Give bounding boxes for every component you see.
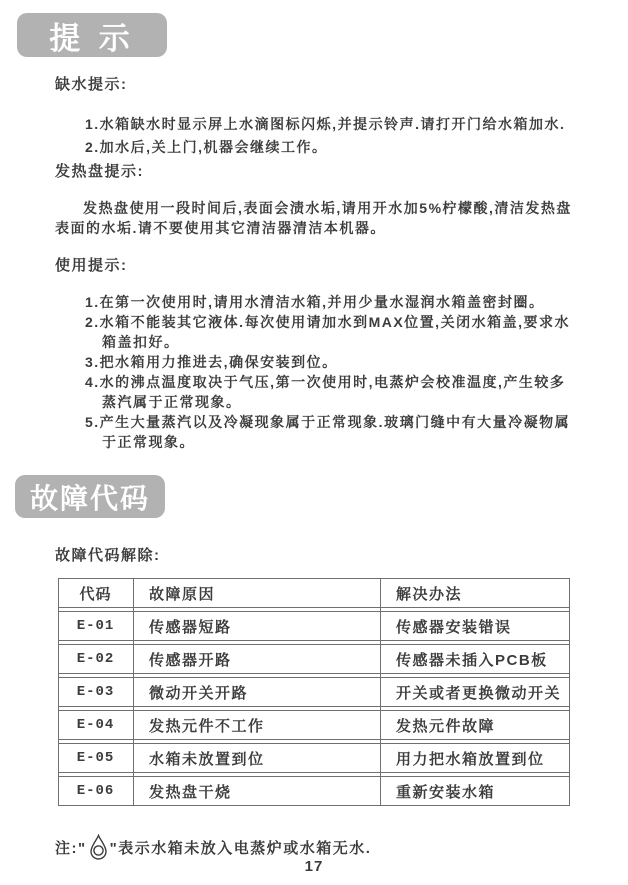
table-row: E-02 传感器开路 传感器未插入PCB板 [58,644,570,674]
fault-cause: 传感器短路 [133,616,380,637]
fault-cause: 传感器开路 [133,649,380,670]
list-item: 3.把水箱用力推进去,确保安装到位。 [85,352,579,372]
table-row: E-05 水箱未放置到位 用力把水箱放置到位 [58,743,570,773]
fault-cause: 微动开关开路 [133,682,380,703]
section-header-tips: 提 示 [17,13,167,57]
water-shortage-list: 1.水箱缺水时显示屏上水滴图标闪烁,并提示铃声.请打开门给水箱加水. 2.加水后… [85,113,585,159]
usage-list: 1.在第一次使用时,请用水清洁水箱,并用少量水湿润水箱盖密封圈。 2.水箱不能装… [85,292,579,452]
fault-code: E-03 [58,684,133,700]
usage-heading: 使用提示: [55,254,128,275]
fault-solution: 传感器未插入PCB板 [380,649,570,670]
fault-clear-heading: 故障代码解除: [55,544,161,565]
fault-solution: 用力把水箱放置到位 [380,748,570,769]
col-header-code: 代码 [58,583,133,604]
table-row: E-04 发热元件不工作 发热元件故障 [58,710,570,740]
fault-code-table: 代码 故障原因 解决办法 E-01 传感器短路 传感器安装错误 E-02 传感器… [58,578,570,806]
table-border-right [569,578,570,806]
manual-page: 提 示 缺水提示: 1.水箱缺水时显示屏上水滴图标闪烁,并提示铃声.请打开门给水… [0,0,628,885]
water-drop-icon [89,834,108,860]
page-number: 17 [0,858,628,875]
fault-code: E-06 [58,783,133,799]
footnote-text: "表示水箱未放入电蒸炉或水箱无水. [110,837,372,858]
footnote-prefix: 注:" [55,837,87,858]
fault-code: E-04 [58,717,133,733]
list-item: 4.水的沸点温度取决于气压,第一次使用时,电蒸炉会校准温度,产生较多蒸汽属于正常… [85,372,579,412]
fault-code: E-02 [58,651,133,667]
table-row: E-03 微动开关开路 开关或者更换微动开关 [58,677,570,707]
fault-solution: 重新安装水箱 [380,781,570,802]
col-header-solution: 解决办法 [380,583,570,604]
footnote: 注:" "表示水箱未放入电蒸炉或水箱无水. [55,834,371,860]
table-header-row: 代码 故障原因 解决办法 [58,578,570,608]
fault-solution: 传感器安装错误 [380,616,570,637]
table-border-left [58,578,59,806]
fault-cause: 发热盘干烧 [133,781,380,802]
heating-plate-heading: 发热盘提示: [55,160,144,181]
col-header-cause: 故障原因 [133,583,380,604]
list-item: 5.产生大量蒸汽以及冷凝现象属于正常现象.玻璃门缝中有大量冷凝物属于正常现象。 [85,412,579,452]
fault-solution: 发热元件故障 [380,715,570,736]
table-row: E-01 传感器短路 传感器安装错误 [58,611,570,641]
heating-plate-paragraph: 发热盘使用一段时间后,表面会渍水垢,请用开水加5%柠檬酸,清洁发热盘表面的水垢.… [55,198,577,238]
fault-code: E-01 [58,618,133,634]
list-item: 1.在第一次使用时,请用水清洁水箱,并用少量水湿润水箱盖密封圈。 [85,292,579,312]
table-column-divider [380,578,381,806]
fault-cause: 发热元件不工作 [133,715,380,736]
list-item: 2.加水后,关上门,机器会继续工作。 [85,136,585,159]
water-shortage-heading: 缺水提示: [55,73,128,94]
fault-code: E-05 [58,750,133,766]
fault-cause: 水箱未放置到位 [133,748,380,769]
fault-solution: 开关或者更换微动开关 [380,682,570,703]
list-item: 1.水箱缺水时显示屏上水滴图标闪烁,并提示铃声.请打开门给水箱加水. [85,113,585,136]
list-item: 2.水箱不能装其它液体.每次使用请加水到MAX位置,关闭水箱盖,要求水箱盖扣好。 [85,312,579,352]
section-header-fault-codes: 故障代码 [15,475,165,518]
table-column-divider [133,578,134,806]
table-row: E-06 发热盘干烧 重新安装水箱 [58,776,570,806]
